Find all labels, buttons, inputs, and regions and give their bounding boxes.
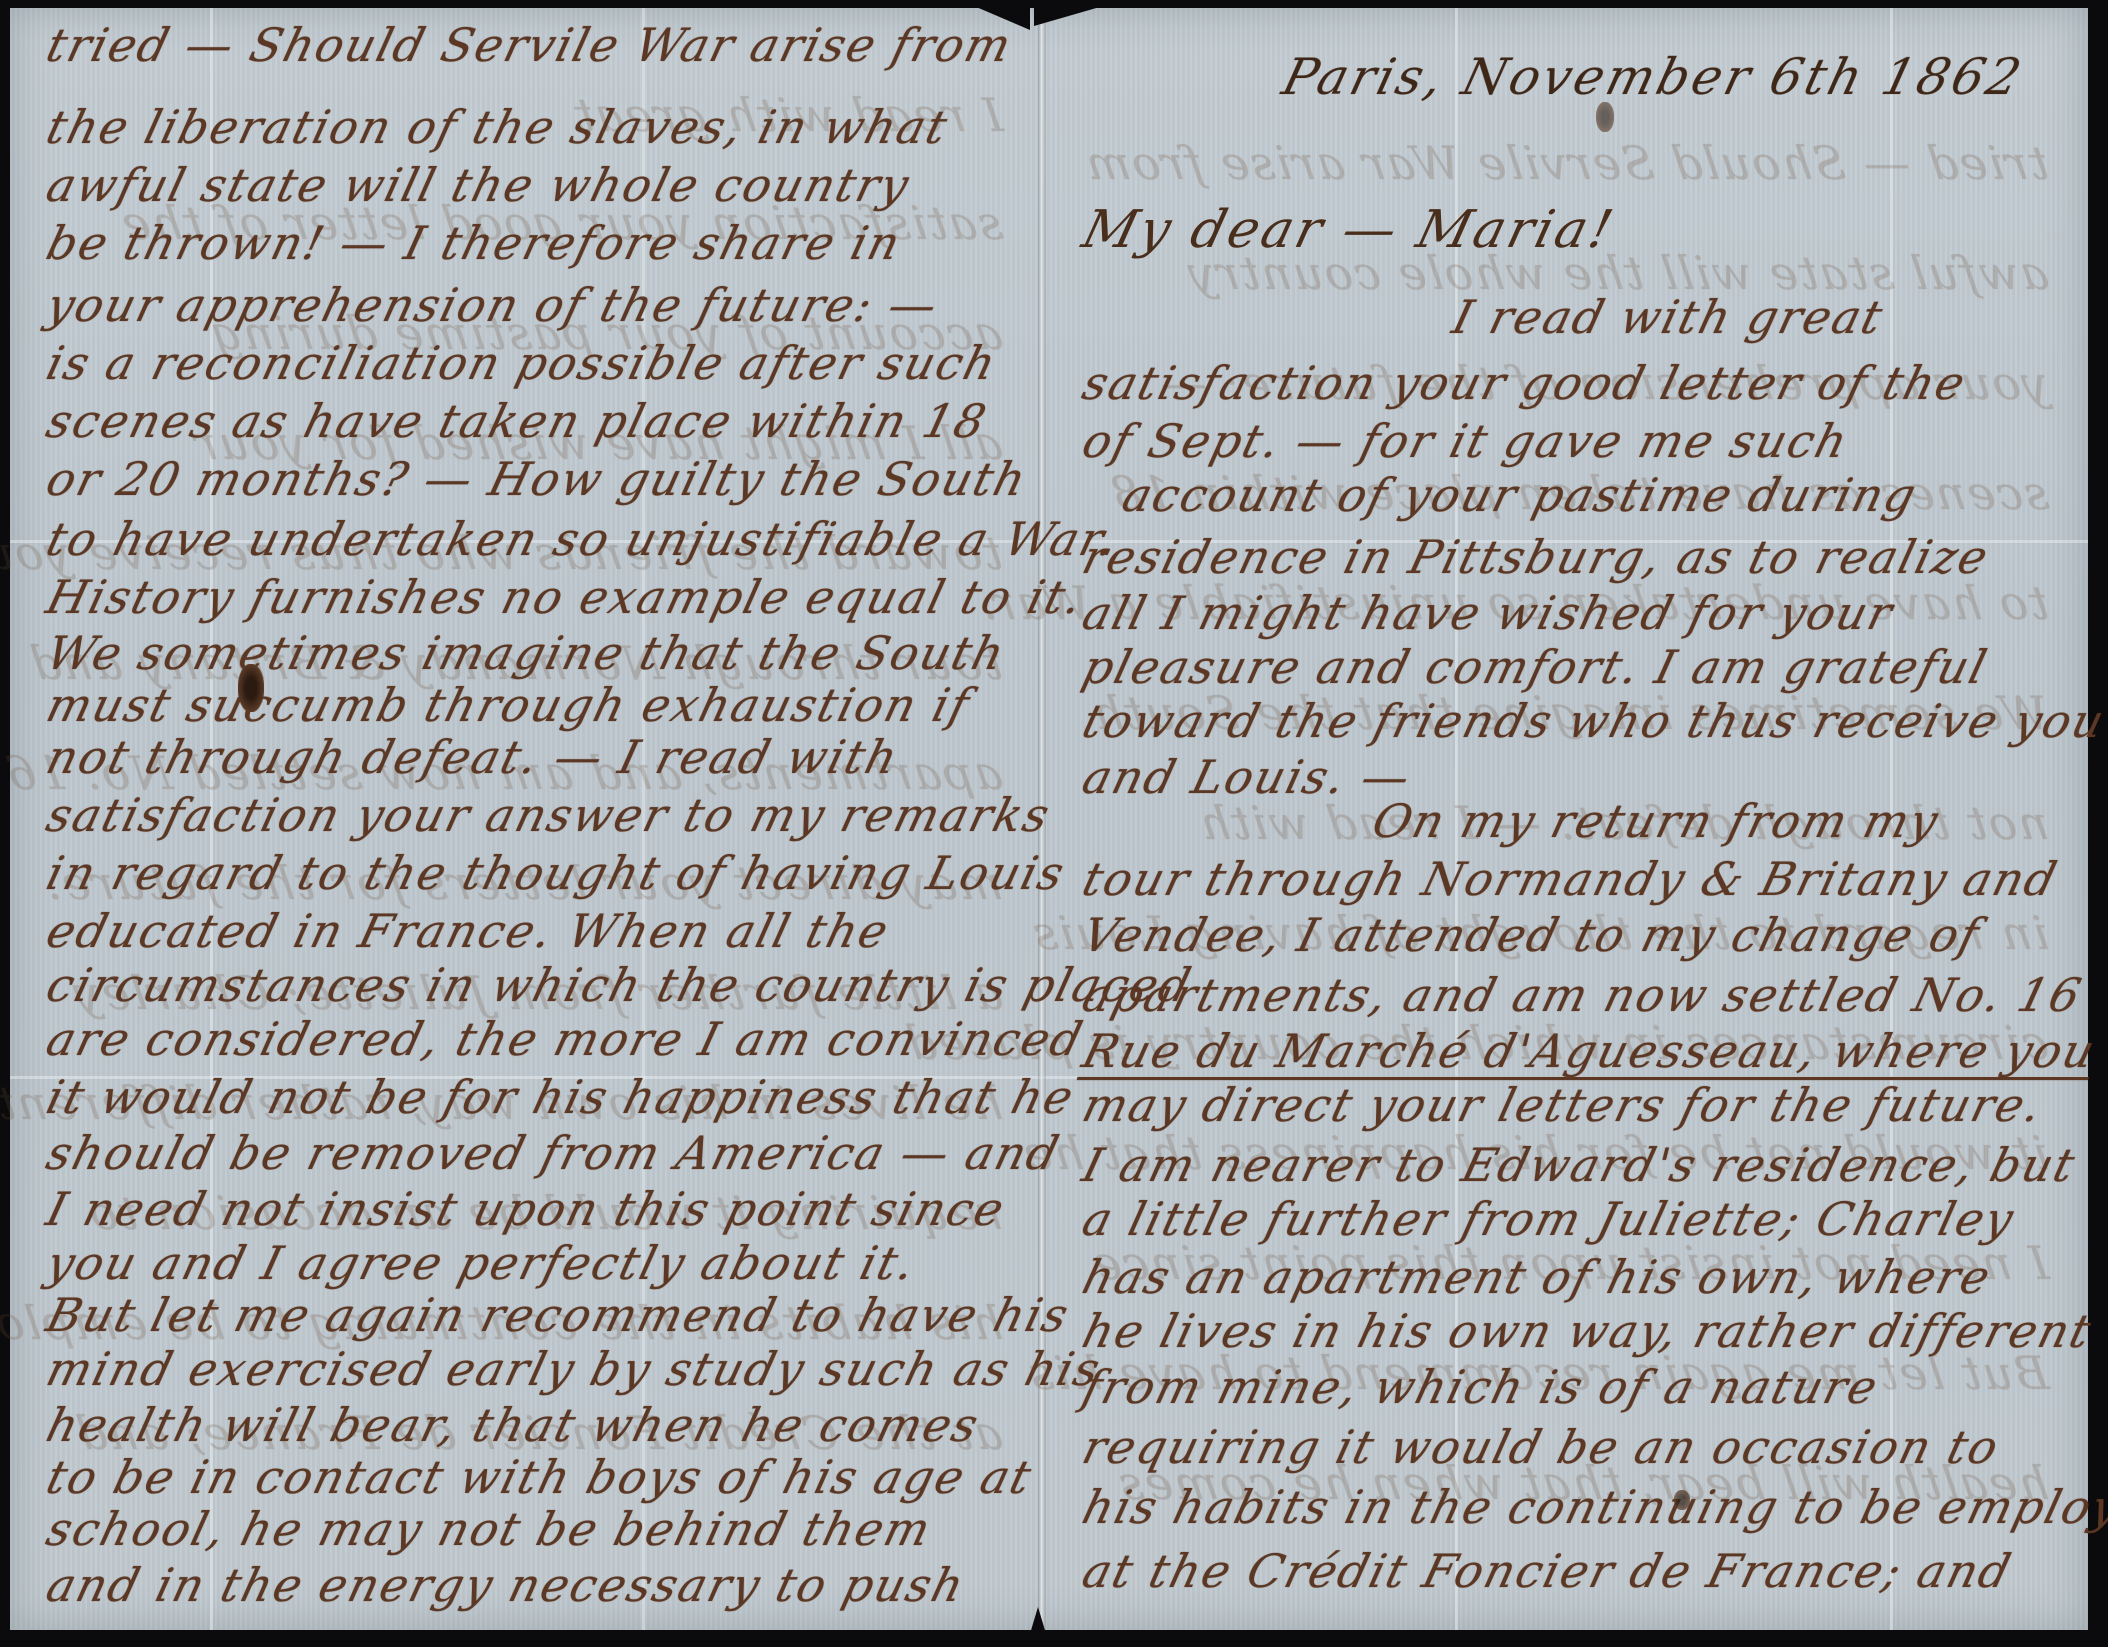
letter-line: awful state will the whole country [41,158,916,212]
letter-line: to have undertaken so unjustifiable a Wa… [41,512,1123,566]
letter-line: of Sept. — for it gave me such [1077,414,1854,468]
letter-line: should be removed from America — and [41,1126,1066,1180]
letter-line: and in the energy necessary to push [41,1558,971,1612]
letter-line: On my return from my [1367,794,1945,848]
right-page: tried — Should Servile War arise from aw… [1044,8,2088,1630]
right-page-text: I read with great satisfaction your good… [1044,8,2088,1630]
letter-line: must succumb through exhaustion if [41,678,976,732]
letter-line: school, he may not be behind them [41,1502,937,1556]
letter-line: I read with great [1447,290,1889,344]
letter-line: I need not insist upon this point since [41,1182,1011,1236]
letter-line: in regard to the thought of having Louis [41,846,1071,900]
paper-tear [960,0,1030,30]
letter-line: the liberation of the slaves, in what [41,100,954,154]
paper-tear [2086,1587,2108,1647]
letter-line: pleasure and comfort. I am grateful [1077,640,1993,694]
letter-line: educated in France. When all the [41,904,895,958]
letter-line: health will bear, that when he comes [41,1398,985,1452]
letter-line: residence in Pittsburg, as to realize [1077,530,1995,584]
letter-line: all I might have wished for your [1077,586,1899,640]
letter-line: to be in contact with boys of his age at [41,1450,1038,1504]
letter-line: satisfaction your answer to my remarks [41,788,1056,842]
letter-line: or 20 months? — How guilty the South [41,452,1033,506]
letter-line: apartments, and am now settled No. 16 [1077,968,2088,1022]
address-line: Rue du Marché d'Aguesseau, where you [1077,1024,2102,1078]
paper-tear [1034,0,1124,26]
letter-line: and Louis. — [1077,750,1417,804]
paper-tear [1026,1607,1050,1647]
letter-line: from mine, which is of a nature [1077,1360,1884,1414]
ink-blot [238,664,264,712]
letter-line: Vendee, I attended to my change of [1077,908,1986,962]
letter-line: be thrown! — I therefore share in [41,216,907,270]
letter-line: it would not be for his happiness that h… [41,1070,1080,1124]
letter-line: has an apartment of his own, where [1077,1250,1997,1304]
letter-line: account of your pastime during [1117,468,1923,522]
letter-line: requiring it would be an occasion to [1077,1420,2005,1474]
letter-line: toward the friends who thus receive you [1077,694,2108,748]
letter-line: scenes as have taken place within 18 [41,394,993,448]
letter-line: We sometimes imagine that the South [41,626,1011,680]
letter-line: I am nearer to Edward's residence, but [1077,1138,2082,1192]
letter-line: his habits in the continuing to be emplo… [1077,1480,2108,1534]
letter-line: are considered, the more I am convinced [41,1012,1089,1066]
letter-line: satisfaction your good letter of the [1077,356,1972,410]
letter-line: History furnishes no example equal to it… [41,570,1089,624]
letter-line: a little further from Juliette; Charley [1077,1192,2020,1246]
letter-line: tried — Should Servile War arise from [41,18,1018,72]
letter-line: is a reconciliation possible after such [41,336,1003,390]
letter-line: you and I agree perfectly about it. [41,1236,922,1290]
ink-blot [1674,1490,1690,1510]
ink-blot [1596,102,1614,132]
letter-line: at the Crédit Foncier de France; and [1077,1544,2018,1598]
letter-line: mind exercised early by study such as hi… [41,1342,1107,1396]
letter-line: But let me again recommend to have his [41,1288,1075,1342]
letter-line: circumstances in which the country is pl… [41,958,1198,1012]
letter-line: may direct your letters for the future. [1077,1078,2049,1132]
letter-sheet: I read with great satisfaction your good… [10,8,2088,1630]
letter-line: not through defeat. — I read with [41,730,904,784]
left-page: I read with great satisfaction your good… [10,8,1040,1630]
letter-line: your apprehension of the future: — [41,278,944,332]
letter-line: he lives in his own way, rather differen… [1077,1304,2098,1358]
letter-line: tour through Normandy & Britany and [1077,852,2063,906]
left-page-text: tried — Should Servile War arise from th… [10,8,1040,1630]
